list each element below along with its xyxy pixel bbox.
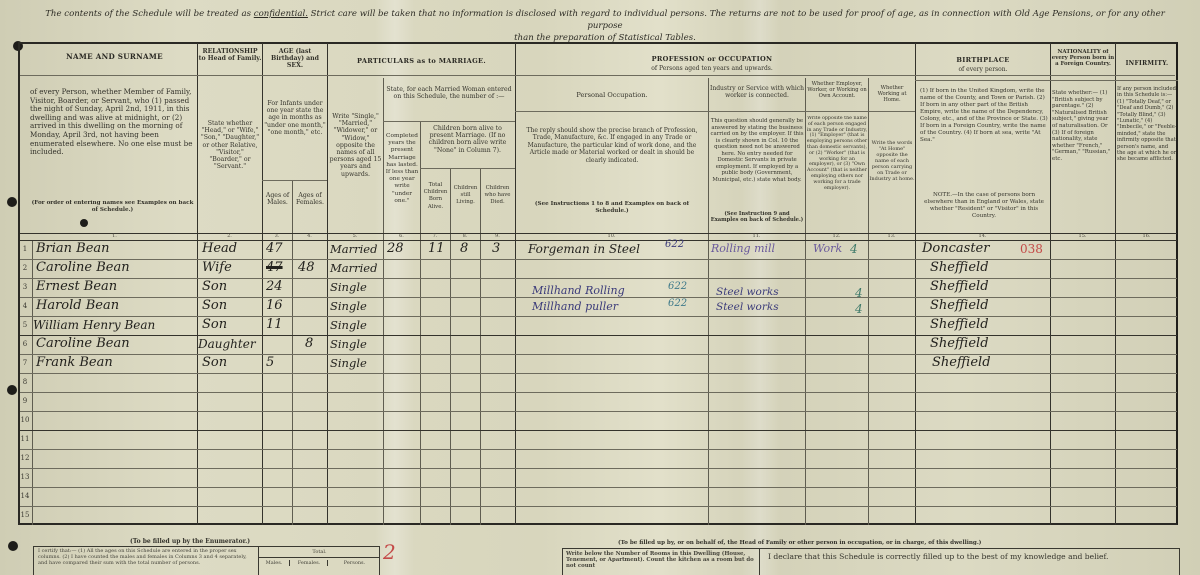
entry-birthplace: Sheffield xyxy=(932,354,991,372)
total-label: Total. xyxy=(259,549,380,555)
census-schedule-page: The contents of the Schedule will be tre… xyxy=(0,0,1200,575)
row-number: 14 xyxy=(19,492,31,500)
header-personal-occupation-body: The reply should show the precise branch… xyxy=(519,127,705,164)
entry-birthplace: Sheffield xyxy=(930,316,989,334)
entry-relationship: Son xyxy=(202,354,227,372)
column-number: 14. xyxy=(915,233,1050,240)
column-number: 8. xyxy=(450,233,480,240)
grid-line xyxy=(708,78,709,525)
row-number: 10 xyxy=(19,416,31,424)
punch-hole xyxy=(8,541,18,551)
punch-hole xyxy=(7,385,17,395)
entry-children-total: 11 xyxy=(428,240,445,258)
row-number: 11 xyxy=(19,435,31,443)
header-relationship-body: State whether "Head," or "Wife," "Son," … xyxy=(200,120,260,170)
row-number: 1 xyxy=(19,245,31,253)
row-number: 4 xyxy=(19,302,31,310)
entry-industry: Steel works xyxy=(716,298,779,316)
confidential-notice: The contents of the Schedule will be tre… xyxy=(30,8,1180,44)
entry-birthplace: Sheffield xyxy=(930,335,989,353)
grid-line xyxy=(515,111,915,112)
entry-relationship: Head xyxy=(202,240,237,258)
row-line xyxy=(20,392,1177,393)
entry-birthplace: Sheffield xyxy=(930,278,989,296)
row-line xyxy=(20,430,1177,431)
entry-occupation-code: 622 xyxy=(668,278,687,296)
header-age-body: For Infants under one year state the age… xyxy=(264,100,326,136)
row-number: 15 xyxy=(19,511,31,519)
header-age-males: Ages of Males. xyxy=(263,192,292,206)
entry-name: Ernest Bean xyxy=(36,278,117,296)
header-personal-occupation: Personal Occupation. xyxy=(516,92,708,99)
entry-relationship: Son xyxy=(202,316,227,334)
column-number: 7. xyxy=(420,233,450,240)
entry-age-male: 16 xyxy=(266,297,283,315)
enumerator-section-label: (To be filled up by the Enumerator.) xyxy=(130,538,250,545)
grid-line xyxy=(915,43,916,525)
entry-relationship: Wife xyxy=(202,259,232,277)
header-age-title: AGE (last Birthday) and SEX. xyxy=(263,48,327,70)
females-label: Females. xyxy=(289,560,328,566)
grid-line xyxy=(1115,43,1116,525)
notice-text: The contents of the Schedule will be tre… xyxy=(45,9,254,19)
entry-age-male: 24 xyxy=(266,278,283,296)
header-industry-title: Industry or Service with which worker is… xyxy=(709,85,805,99)
grid-line xyxy=(327,43,328,525)
header-age-females: Ages of Females. xyxy=(293,192,327,206)
header-name-note: (For order of entering names see Example… xyxy=(30,200,195,214)
column-number: 3. xyxy=(262,233,292,240)
row-number: 12 xyxy=(19,454,31,462)
header-industry-note: (See Instruction 9 and Examples on back … xyxy=(710,211,804,223)
row-number: 2 xyxy=(19,264,31,272)
entry-name: Frank Bean xyxy=(36,354,113,372)
header-birthplace-subtitle: of every person. xyxy=(916,66,1050,73)
row-number: 13 xyxy=(19,473,31,481)
row-line xyxy=(20,411,1177,412)
grid-line xyxy=(197,43,198,525)
grid-line xyxy=(32,240,33,525)
row-line xyxy=(20,506,1177,507)
grid-line xyxy=(259,557,380,558)
entry-marital-status: Single xyxy=(330,278,367,296)
row-number: 8 xyxy=(19,378,31,386)
entry-marital-status: Single xyxy=(330,316,367,334)
punch-hole xyxy=(7,197,17,207)
entry-relationship: Daughter xyxy=(198,335,256,353)
entry-age-male: 5 xyxy=(266,354,274,372)
row-line xyxy=(20,278,1177,279)
entry-children-died: 3 xyxy=(492,240,500,258)
row-number: 3 xyxy=(19,283,31,291)
entry-years-married: 28 xyxy=(387,240,404,258)
header-name-title: NAME AND SURNAME xyxy=(32,52,197,61)
head-declaration-box: Write below the Number of Rooms in this … xyxy=(562,548,1180,575)
header-nationality-title: NATIONALITY of every Person born in a Fo… xyxy=(1051,49,1115,68)
entry-marital-status: Single xyxy=(330,297,367,315)
entry-name: Caroline Bean xyxy=(36,335,130,353)
entry-marital-status: Single xyxy=(330,335,367,353)
row-line xyxy=(20,449,1177,450)
grid-line xyxy=(759,549,760,575)
header-birthplace-note: NOTE.—In the case of persons born elsewh… xyxy=(920,192,1048,220)
entry-age-male: 11 xyxy=(266,316,283,334)
entry-occupation: Millhand puller xyxy=(532,298,618,316)
entry-industry: Rolling mill xyxy=(711,240,775,258)
header-marriage-title: PARTICULARS as to MARRIAGE. xyxy=(328,57,515,65)
rooms-instruction: Write below the Number of Rooms in this … xyxy=(566,551,756,570)
column-number: 5. xyxy=(327,233,383,240)
entry-age-female: 48 xyxy=(298,259,315,277)
header-infirmity-title: INFIRMITY. xyxy=(1116,60,1178,67)
entry-marital-status: Married xyxy=(330,240,377,258)
column-number: 2. xyxy=(197,233,262,240)
row-number: 7 xyxy=(19,359,31,367)
notice-confidential: confidential. xyxy=(254,9,308,19)
males-label: Males. xyxy=(259,560,289,566)
row-line xyxy=(20,468,1177,469)
column-number: 1. xyxy=(32,233,197,240)
header-occupation-subtitle: of Persons aged ten years and upwards. xyxy=(516,65,908,72)
grid-line xyxy=(515,43,516,525)
entry-birthplace: Doncaster xyxy=(922,240,989,258)
header-employer-title: Whether Employer, Worker, or Working on … xyxy=(806,81,868,99)
grid-line xyxy=(20,75,1175,76)
row-line xyxy=(20,354,1177,355)
grid-line xyxy=(915,80,1178,81)
declaration-text: I declare that this Schedule is correctl… xyxy=(768,552,1108,561)
grid-line xyxy=(262,43,263,525)
grid-line xyxy=(383,121,515,122)
header-completed-years: Completed years the present Marriage has… xyxy=(384,133,420,205)
column-number: 15. xyxy=(1050,233,1115,240)
entry-birthplace: Sheffield xyxy=(930,297,989,315)
header-infirmity-body: If any person included in this Schedule … xyxy=(1117,86,1177,163)
header-nationality-body: State whether:— (1) "British subject by … xyxy=(1052,90,1114,163)
entry-marital-status: Single xyxy=(330,354,367,372)
entry-name: Caroline Bean xyxy=(36,259,130,277)
column-number: 9. xyxy=(480,233,515,240)
entry-name: William Henry Bean xyxy=(33,316,155,334)
entry-marital-status: Married xyxy=(330,259,377,277)
certify-text: I certify that:— (1) All the ages on thi… xyxy=(38,548,256,566)
grid-line xyxy=(450,168,451,525)
row-number: 9 xyxy=(19,397,31,405)
grid-line xyxy=(480,168,481,525)
entry-employment-code: 4 xyxy=(855,300,863,318)
entry-age-male: 47 xyxy=(266,240,283,258)
row-line xyxy=(20,487,1177,488)
entry-relationship: Son xyxy=(202,297,227,315)
header-home-title: Whether Working at Home. xyxy=(869,85,915,103)
header-children-total: Total Children Born Alive. xyxy=(421,182,450,211)
entry-occupation-code: 622 xyxy=(668,295,687,313)
header-children-died: Children who have Died. xyxy=(481,185,514,207)
header-name-body: of every Person, whether Member of Famil… xyxy=(30,88,195,157)
header-occupation-title: PROFESSION or OCCUPATION xyxy=(516,55,908,63)
notice-text: Strict care will be taken that no inform… xyxy=(308,9,1165,31)
column-number: 16. xyxy=(1115,233,1178,240)
grid-line xyxy=(1050,43,1051,525)
entry-birthplace: Sheffield xyxy=(930,259,989,277)
column-number: 6. xyxy=(383,233,420,240)
header-children-born-alive: Children born alive to present Marriage.… xyxy=(421,125,514,154)
entry-employment: Work xyxy=(813,240,842,258)
row-line xyxy=(20,316,1177,317)
header-employer-body: Write opposite the name of each person e… xyxy=(806,116,868,191)
entry-children-living: 8 xyxy=(460,240,468,258)
header-married-woman-body: State, for each Married Woman entered on… xyxy=(385,86,513,100)
header-personal-occupation-note: (See Instructions 1 to 8 and Examples on… xyxy=(519,201,705,215)
grid-line xyxy=(262,180,327,181)
grid-line xyxy=(420,168,515,169)
entry-age-female: 8 xyxy=(305,335,313,353)
header-birthplace-body: (1) If born in the United Kingdom, write… xyxy=(920,88,1048,144)
row-number: 5 xyxy=(19,321,31,329)
entry-name: Brian Bean xyxy=(36,240,110,258)
grid-line xyxy=(292,180,293,525)
head-of-family-section-label: (To be filled up by, or on behalf of, th… xyxy=(618,540,981,546)
enumerator-mark: 2 xyxy=(383,543,396,561)
entry-relationship: Son xyxy=(202,278,227,296)
persons-label: Persons. xyxy=(327,560,381,566)
row-line xyxy=(20,259,1177,260)
column-number: 13. xyxy=(868,233,915,240)
entry-birthplace-code: 038 xyxy=(1020,240,1043,258)
header-marital-status-body: Write "Single," "Married," "Widower," or… xyxy=(329,113,382,178)
row-line xyxy=(20,373,1177,374)
header-birthplace-title: BIRTHPLACE xyxy=(916,56,1050,64)
header-relationship-title: RELATIONSHIP to Head of Family. xyxy=(198,48,262,62)
header-children-living: Children still Living. xyxy=(451,185,480,207)
entry-occupation-code: 622 xyxy=(665,236,684,254)
totals-grid: Total. Males. Females. Persons. xyxy=(258,547,380,575)
column-number: 12. xyxy=(805,233,868,240)
row-number: 6 xyxy=(19,340,31,348)
row-line xyxy=(20,335,1177,336)
header-home-body: Write the words "At Home" opposite the n… xyxy=(869,140,915,182)
entry-name: Harold Bean xyxy=(36,297,119,315)
entry-employment-code: 4 xyxy=(850,240,858,258)
entry-occupation: Forgeman in Steel xyxy=(528,240,640,258)
enumerator-certify-box: I certify that:— (1) All the ages on thi… xyxy=(33,546,380,575)
entry-age-male-struck: 47 xyxy=(266,259,283,277)
column-number: 11. xyxy=(708,233,805,240)
column-number: 4. xyxy=(292,233,327,240)
header-industry-body: This question should generally be answer… xyxy=(710,118,804,183)
